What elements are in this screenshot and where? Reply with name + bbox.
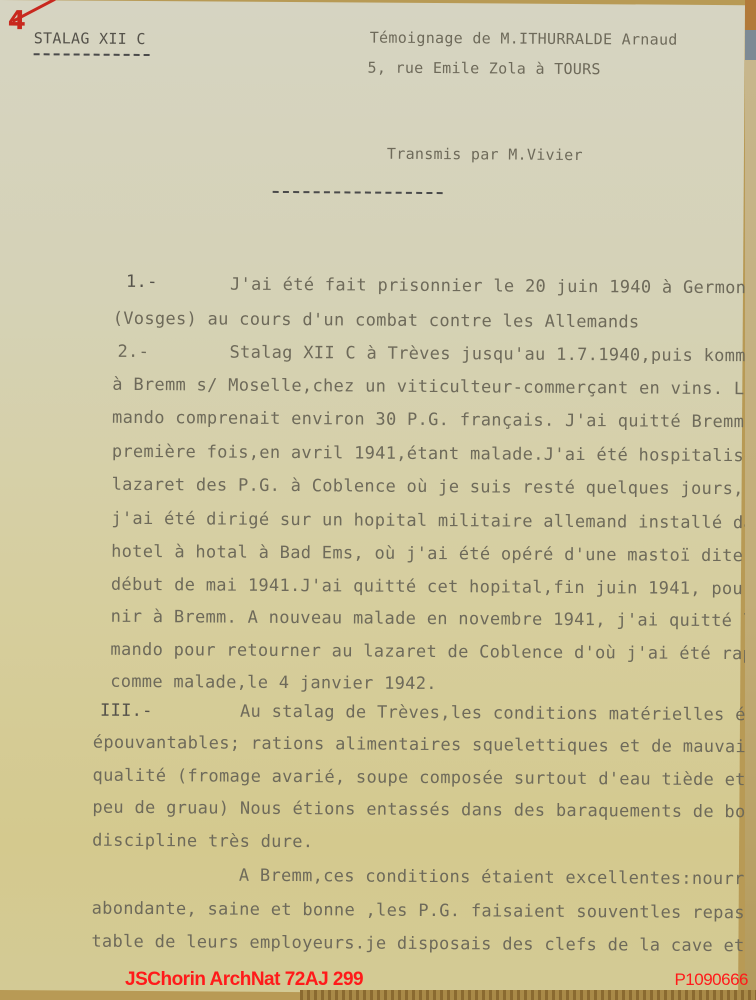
- body-line: mando comprenait environ 30 P.G. françai…: [112, 410, 756, 432]
- section-number-3: III.-: [100, 703, 153, 720]
- header-address: 5, rue Emile Zola à TOURS: [367, 61, 600, 78]
- body-line: début de mai 1941.J'ai quitté cet hopita…: [111, 577, 756, 599]
- header-left: STALAG XII C: [34, 31, 146, 47]
- item-number-1: 1.-: [126, 274, 158, 291]
- body-line: lazaret des P.G. à Coblence où je suis r…: [112, 477, 756, 499]
- header-witness: Témoignage de M.ITHURRALDE Arnaud: [370, 31, 678, 48]
- body-line: discipline très dure.: [92, 833, 313, 852]
- item-number-2: 2.-: [117, 344, 149, 361]
- body-line: j'ai été dirigé sur un hopital militaire…: [111, 511, 756, 533]
- body-line: Au stalag de Trèves,les conditions matér…: [240, 704, 756, 725]
- archive-watermark: JSChorin ArchNat 72AJ 299: [125, 969, 363, 991]
- body-line: hotel à hotal à Bad Ems, où j'ai été opé…: [111, 544, 756, 566]
- document-page: 4 STALAG XII C Témoignage de M.ITHURRALD…: [0, 0, 745, 995]
- body-line: (Vosges) au cours d'un combat contre les…: [113, 311, 640, 332]
- body-line: peu de gruau) Nous étions entassés dans …: [92, 800, 756, 822]
- body-line: nir à Bremm. A nouveau malade en novembr…: [111, 609, 756, 631]
- body-line: à Bremm s/ Moselle,chez un viticulteur-c…: [112, 377, 756, 399]
- transmitted-by: Transmis par M.Vivier: [387, 147, 583, 163]
- body-line: abondante, saine et bonne ,les P.G. fais…: [92, 901, 756, 923]
- body-line: Stalag XII C à Trèves jusqu'au 1.7.1940,…: [229, 345, 756, 366]
- header-underline: [34, 53, 150, 56]
- title-divider: [273, 191, 443, 194]
- body-line: comme malade,le 4 janvier 1942.: [110, 674, 437, 693]
- body-line: épouvantables; rations alimentaires sque…: [93, 735, 756, 757]
- page-number-mark: 4: [8, 6, 26, 36]
- body-line: J'ai été fait prisonnier le 20 juin 1940…: [230, 277, 756, 298]
- page-edge-right: [745, 0, 756, 1000]
- body-line: qualité (fromage avarié, soupe composée …: [93, 768, 756, 790]
- table-wood-edge: [300, 990, 756, 1000]
- body-line: mando pour retourner au lazaret de Coble…: [110, 642, 756, 664]
- body-line: première fois,en avril 1941,étant malade…: [112, 444, 756, 466]
- body-line: A Bremm,ces conditions étaient excellent…: [239, 868, 756, 889]
- photo-id-watermark: P1090666: [674, 970, 748, 990]
- body-line: table de leurs employeurs.je disposais d…: [91, 934, 756, 956]
